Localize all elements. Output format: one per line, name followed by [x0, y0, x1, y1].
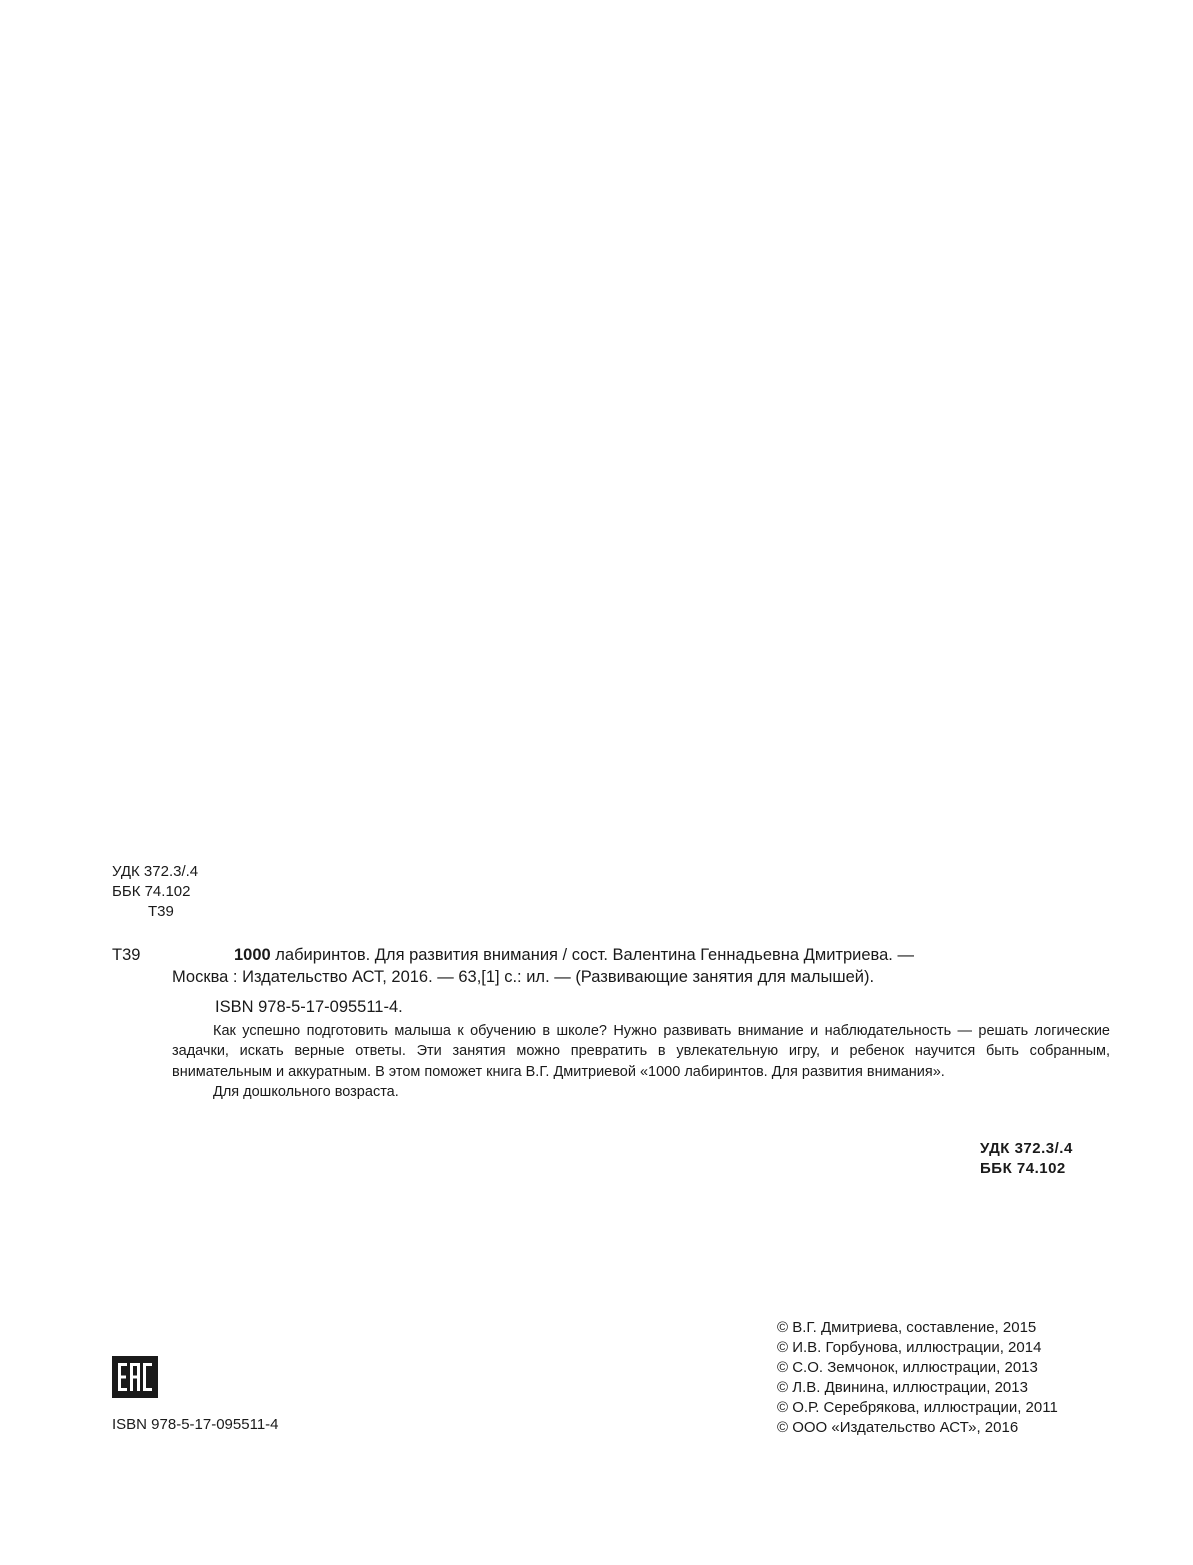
udk-code-bold: УДК 372.3/.4 — [980, 1139, 1073, 1159]
copyright-line: © В.Г. Дмитриева, составление, 2015 — [777, 1318, 1058, 1338]
udk-code: УДК 372.3/.4 — [112, 862, 198, 882]
bibliographic-record: 1000 лабиринтов. Для развития внимания /… — [172, 944, 1042, 988]
title-rest: лабиринтов. Для развития внимания / сост… — [271, 946, 914, 964]
classification-block-bold: УДК 372.3/.4 ББК 74.102 — [980, 1139, 1073, 1179]
publisher-line: Москва : Издательство АСТ, 2016. — 63,[1… — [172, 966, 1042, 988]
copyright-line: © О.Р. Серебрякова, иллюстрации, 2011 — [777, 1398, 1058, 1418]
eac-icon — [112, 1356, 158, 1398]
copyright-list: © В.Г. Дмитриева, составление, 2015 © И.… — [777, 1318, 1058, 1438]
copyright-line: © Л.В. Двинина, иллюстрации, 2013 — [777, 1378, 1058, 1398]
annotation: Как успешно подготовить малыша к обучени… — [172, 1021, 1110, 1103]
author-mark: Т39 — [112, 902, 198, 922]
copyright-line: © ООО «Издательство АСТ», 2016 — [777, 1418, 1058, 1438]
age-note: Для дошкольного возраста. — [172, 1082, 1110, 1102]
bbk-code-bold: ББК 74.102 — [980, 1159, 1073, 1179]
isbn-record: ISBN 978-5-17-095511-4. — [215, 996, 403, 1018]
classification-block: УДК 372.3/.4 ББК 74.102 Т39 — [112, 862, 198, 922]
copyright-line: © С.О. Земчонок, иллюстрации, 2013 — [777, 1358, 1058, 1378]
copyright-line: © И.В. Горбунова, иллюстрации, 2014 — [777, 1338, 1058, 1358]
bbk-code: ББК 74.102 — [112, 882, 198, 902]
title-number: 1000 — [234, 946, 271, 964]
annotation-paragraph: Как успешно подготовить малыша к обучени… — [172, 1021, 1110, 1082]
bibliographic-title-line: 1000 лабиринтов. Для развития внимания /… — [172, 944, 1042, 966]
isbn-footer: ISBN 978-5-17-095511-4 — [112, 1415, 279, 1435]
bibliographic-code: Т39 — [112, 944, 140, 966]
